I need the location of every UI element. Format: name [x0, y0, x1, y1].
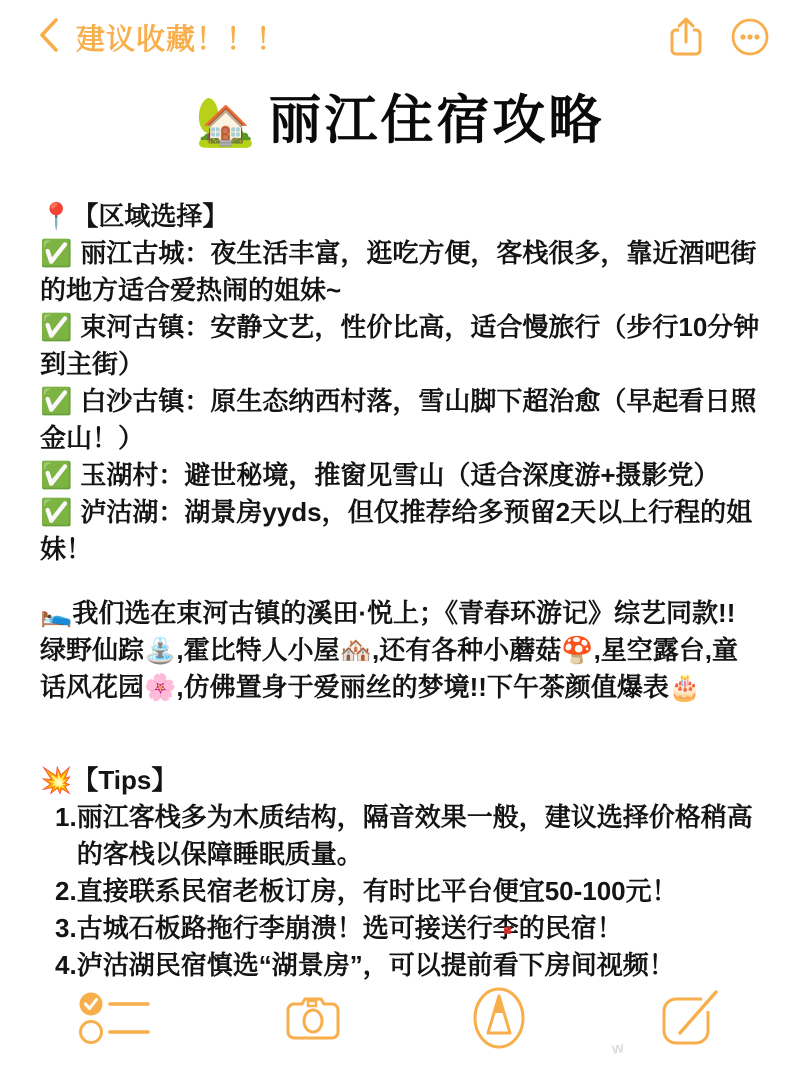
checklist-button[interactable]: [78, 990, 154, 1046]
ellipsis-icon: [730, 45, 770, 60]
note-title: 🏡丽江住宿攻略: [0, 78, 800, 154]
tip-item-2: 2.直接联系民宿老板订房，有时比平台便宜50-100元！: [40, 873, 760, 910]
collision-emoji: 💥: [40, 765, 72, 795]
tip-item-1: 1.丽江客栈多为木质结构，隔音效果一般，建议选择价格稍高的客栈以保障睡眠质量。: [40, 799, 760, 873]
check-emoji: ✅: [40, 386, 72, 416]
more-button[interactable]: [730, 17, 770, 57]
camera-button[interactable]: [284, 994, 342, 1042]
note-body[interactable]: 📍【区域选择】 ✅丽江古城：夜生活丰富，逛吃方便，客栈很多，靠近酒吧街的地方适合…: [0, 198, 800, 984]
markup-button[interactable]: [472, 985, 526, 1051]
check-emoji: ✅: [40, 238, 72, 268]
check-emoji: ✅: [40, 460, 72, 490]
house-emoji: 🏡: [196, 96, 259, 149]
nav-bar: 建议收藏！！！: [0, 0, 800, 58]
stay-paragraph: 🛌我们选在束河古镇的溪田·悦上；《青春环游记》综艺同款!!绿野仙踪⛲,霍比特人小…: [40, 595, 760, 706]
compose-button[interactable]: [656, 985, 722, 1051]
region-item-baisha: ✅白沙古镇：原生态纳西村落，雪山脚下超治愈（早起看日照金山！）: [40, 383, 760, 457]
red-watermark-dot: [504, 927, 511, 934]
share-button[interactable]: [668, 16, 704, 58]
tips-section: 💥【Tips】 1.丽江客栈多为木质结构，隔音效果一般，建议选择价格稍高的客栈以…: [40, 762, 760, 984]
checklist-icon: [78, 1034, 154, 1049]
region-item-lijiang-old-town: ✅丽江古城：夜生活丰富，逛吃方便，客栈很多，靠近酒吧街的地方适合爱热闹的姐妹~: [40, 235, 760, 309]
compose-icon: [656, 1039, 722, 1054]
share-icon: [668, 46, 704, 61]
region-item-lugu-lake: ✅泸沽湖：湖景房yyds，但仅推荐给多预留2天以上行程的姐妹！: [40, 494, 760, 568]
tip-item-3: 3.古城石板路拖行李崩溃！选可接送行李的民宿！: [40, 910, 760, 947]
back-button[interactable]: 建议收藏！！！: [38, 17, 286, 58]
note-title-text: 丽江住宿攻略: [268, 91, 604, 150]
tips-section-header: 💥【Tips】: [40, 762, 760, 799]
bottom-toolbar: [0, 981, 800, 1069]
region-section-header: 📍【区域选择】: [40, 198, 760, 235]
markup-pen-icon: [472, 1039, 526, 1054]
region-item-yuhu: ✅玉湖村：避世秘境，推窗见雪山（适合深度游+摄影党）: [40, 457, 760, 494]
back-label: 建议收藏！！！: [76, 17, 286, 58]
chevron-left-icon: [38, 17, 60, 58]
check-emoji: ✅: [40, 497, 72, 527]
tip-item-4: 4.泸沽湖民宿慎选“湖景房”，可以提前看下房间视频！: [40, 947, 760, 984]
check-emoji: ✅: [40, 312, 72, 342]
camera-icon: [284, 1030, 342, 1045]
pushpin-emoji: 📍: [40, 201, 72, 231]
region-item-shuhe: ✅束河古镇：安静文艺，性价比高，适合慢旅行（步行10分钟到主街）: [40, 309, 760, 383]
